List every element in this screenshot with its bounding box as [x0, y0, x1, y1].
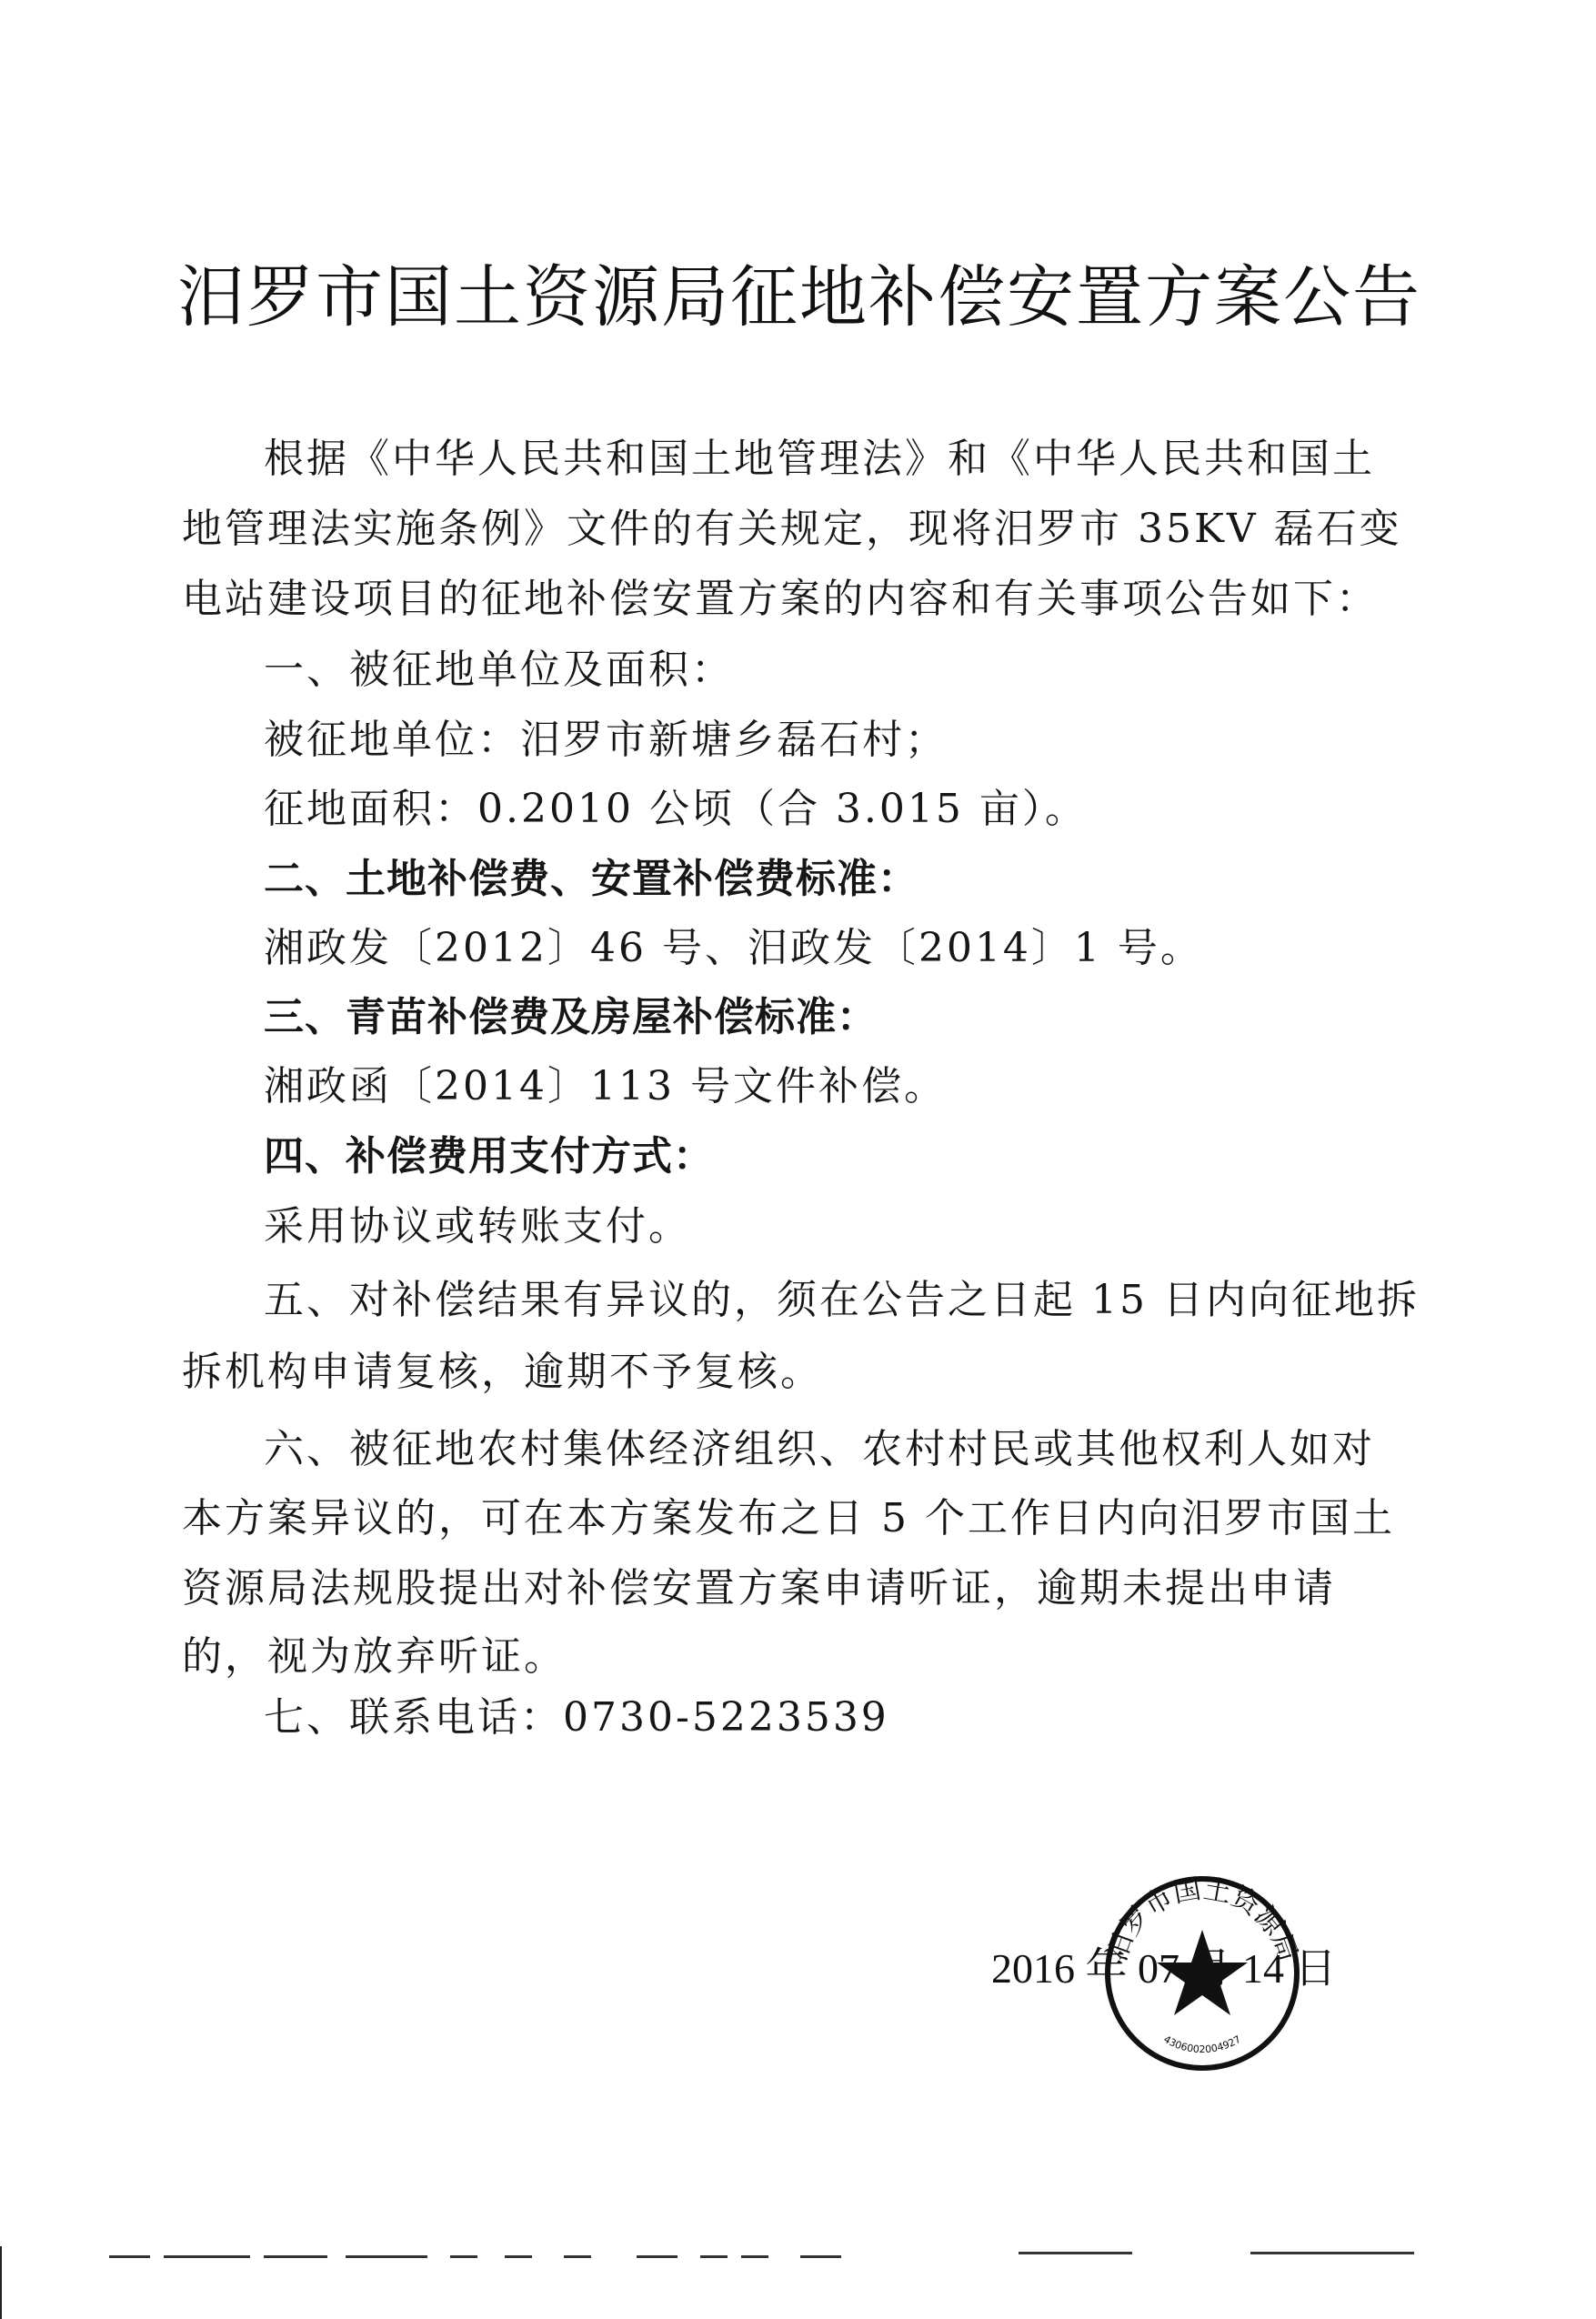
footer-dash [564, 2255, 591, 2258]
section6-line-3: 资源局法规股提出对补偿安置方案申请听证，逾期未提出申请 [182, 1555, 1336, 1613]
section1-unit: 被征地单位：汨罗市新塘乡磊石村； [264, 707, 948, 765]
intro-line-2: 地管理法实施条例》文件的有关规定，现将汨罗市 35KV 磊石变 [182, 496, 1402, 554]
section3-heading: 三、青苗补偿费及房屋补偿标准： [264, 984, 878, 1042]
section5-line-2: 拆机构申请复核，逾期不予复核。 [182, 1339, 823, 1397]
section6-line-4: 的，视为放弃听证。 [182, 1623, 567, 1682]
footer-dash [450, 2255, 477, 2258]
footer-dash [109, 2255, 150, 2258]
footer-dash [1250, 2252, 1414, 2254]
section3-content: 湘政函〔2014〕113 号文件补偿。 [264, 1053, 947, 1111]
section1-area: 征地面积：0.2010 公顷（合 3.015 亩）。 [264, 776, 1088, 834]
section5-line-1: 五、对补偿结果有异议的，须在公告之日起 15 日内向征地拆 [264, 1267, 1420, 1325]
footer-dash [800, 2255, 841, 2258]
svg-text:4306002004927: 4306002004927 [1161, 2033, 1243, 2055]
footer-dash [346, 2255, 427, 2258]
footer-dash [741, 2255, 768, 2258]
scan-edge-line [0, 2246, 2, 2319]
official-seal-icon: 汨罗市国土资源局 4306002004927 [1102, 1873, 1302, 2073]
footer-dash [264, 2255, 327, 2258]
section1-heading: 一、被征地单位及面积： [264, 637, 734, 695]
intro-line-1: 根据《中华人民共和国土地管理法》和《中华人民共和国土 [264, 426, 1375, 484]
document-title: 汨罗市国土资源局征地补偿安置方案公告 [177, 244, 1450, 340]
section4-heading: 四、补偿费用支付方式： [264, 1123, 714, 1181]
footer-dash [505, 2255, 532, 2258]
footer-dash [700, 2255, 728, 2258]
footer-dash [637, 2255, 678, 2258]
seal-code: 4306002004927 [1161, 2033, 1243, 2055]
document-page: 汨罗市国土资源局征地补偿安置方案公告 根据《中华人民共和国土地管理法》和《中华人… [0, 0, 1596, 2319]
footer-dash [1019, 2252, 1132, 2254]
section4-content: 采用协议或转账支付。 [264, 1193, 691, 1251]
section6-line-1: 六、被征地农村集体经济组织、农村村民或其他权利人如对 [264, 1416, 1375, 1474]
section6-line-2: 本方案异议的，可在本方案发布之日 5 个工作日内向汨罗市国土 [182, 1485, 1395, 1543]
contact-phone: 七、联系电话：0730-5223539 [264, 1684, 889, 1742]
intro-line-3: 电站建设项目的征地补偿安置方案的内容和有关事项公告如下： [182, 566, 1379, 624]
section2-heading: 二、土地补偿费、安置补偿费标准： [264, 846, 918, 904]
footer-dash [164, 2255, 250, 2258]
section2-content: 湘政发〔2012〕46 号、汨政发〔2014〕1 号。 [264, 915, 1203, 973]
